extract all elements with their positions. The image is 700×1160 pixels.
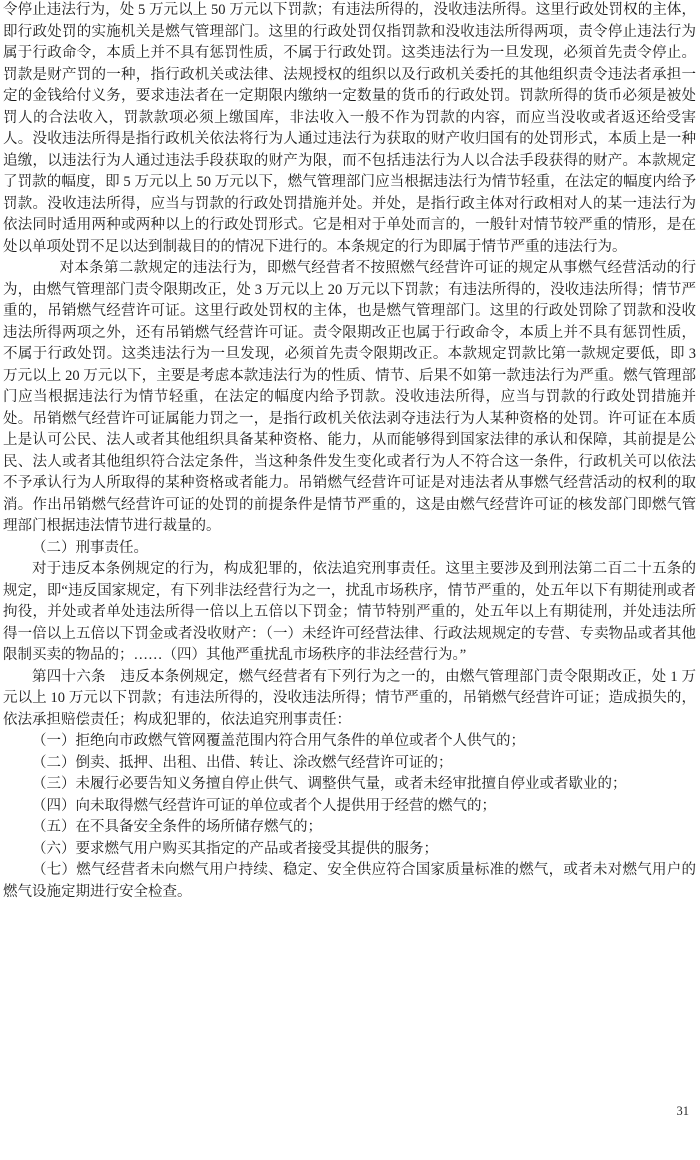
list-item-1: （一）拒绝向市政燃气管网覆盖范围内符合用气条件的单位或者个人供气的； — [3, 731, 696, 753]
paragraph-article-46: 第四十六条 违反本条例规定，燃气经营者有下列行为之一的，由燃气管理部门责令限期改… — [3, 667, 696, 732]
paragraph-continuation: 令停止违法行为，处 5 万元以上 50 万元以下罚款；有违法所得的，没收违法所得… — [3, 0, 696, 258]
heading-criminal-liability: （二）刑事责任。 — [3, 538, 696, 560]
list-item-3: （三）未履行必要告知义务擅自停止供气、调整供气量，或者未经审批擅自停业或者歇业的… — [3, 774, 696, 796]
list-item-7: （七）燃气经营者未向燃气用户持续、稳定、安全供应符合国家质量标准的燃气，或者未对… — [3, 860, 696, 903]
list-item-4: （四）向未取得燃气经营许可证的单位或者个人提供用于经营的燃气的； — [3, 796, 696, 818]
paragraph-second-clause: 对本条第二款规定的违法行为，即燃气经营者不按照燃气经营许可证的规定从事燃气经营活… — [3, 258, 696, 538]
document-page: 令停止违法行为，处 5 万元以上 50 万元以下罚款；有违法所得的，没收违法所得… — [0, 0, 700, 1160]
list-item-6: （六）要求燃气用户购买其指定的产品或者接受其提供的服务； — [3, 839, 696, 861]
list-item-5: （五）在不具备安全条件的场所储存燃气的； — [3, 817, 696, 839]
paragraph-criminal-law: 对于违反本条例规定的行为，构成犯罪的，依法追究刑事责任。这里主要涉及到刑法第二百… — [3, 559, 696, 667]
page-number: 31 — [677, 1104, 690, 1118]
document-content: 令停止违法行为，处 5 万元以上 50 万元以下罚款；有违法所得的，没收违法所得… — [3, 0, 696, 903]
list-item-2: （二）倒卖、抵押、出租、出借、转让、涂改燃气经营许可证的； — [3, 753, 696, 775]
